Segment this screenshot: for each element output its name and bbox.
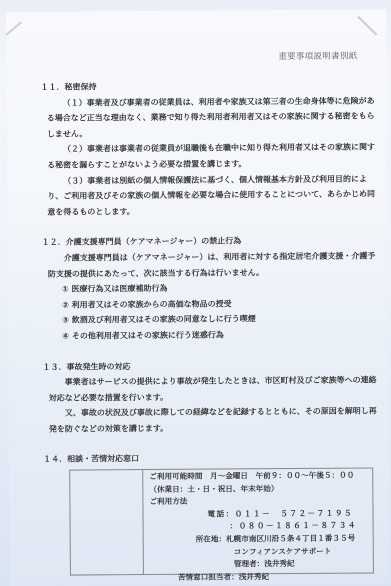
- confidentiality-para-1: （１）事業者及び事業者の従業員は、利用者や家族又は第三者の生命身体等に危険がある…: [47, 93, 377, 142]
- section-title-consultation-desk: １４．相談・苦情対応窓口: [43, 450, 379, 468]
- prohibited-acts-intro: 介護支援専門員は（ケアマネージャー）は、利用者に対する指定居宅介護支援・介護予防…: [48, 248, 378, 281]
- document-page: 重要事項説明書別紙 １１．秘密保持 （１）事業者及び事業者の従業員は、利用者や家…: [6, 9, 390, 586]
- document-body: １１．秘密保持 （１）事業者及び事業者の従業員は、利用者や家族又は第三者の生命身…: [46, 77, 379, 575]
- contact-box-right-cell: ご利用可能時間 月～金曜日 午前９：００～午後５：００ （休業日：土・日・祝日、…: [143, 469, 373, 575]
- contact-box-left-cell: [70, 470, 144, 575]
- confidentiality-para-2: （２）事業者は事業者の従業員が退職後も在職中に知り得た利用者又はその家族に関する…: [47, 140, 377, 173]
- document-header-label: 重要事項説明書別紙: [278, 50, 357, 63]
- confidentiality-para-3: （３）事業者は別紙の個人情報保護法に基づく、個人情報基本方針及び利用目的により、…: [47, 171, 377, 220]
- paper-edge: [6, 21, 23, 35]
- complaints-officer: 苦情窓口担当者：浅井秀紀: [150, 570, 373, 584]
- business-hours: ご利用可能時間 月～金曜日 午前９：００～午後５：００: [149, 470, 372, 484]
- contact-info-box: ご利用可能時間 月～金曜日 午前９：００～午後５：００ （休業日：土・日・祝日、…: [69, 468, 374, 576]
- accident-para-1: 事業者はサービスの提供により事故が発生したときは、市区町村及びご家族等への連絡対…: [49, 373, 379, 406]
- paper-edge: [357, 16, 377, 36]
- accident-para-2: 又、事故の状況及び事故に際しての経緯などを記録するとともに、その原因を解明し再発…: [49, 404, 379, 437]
- address: 所在地：札幌市南区川沿５条４丁目１番３５号: [150, 532, 373, 546]
